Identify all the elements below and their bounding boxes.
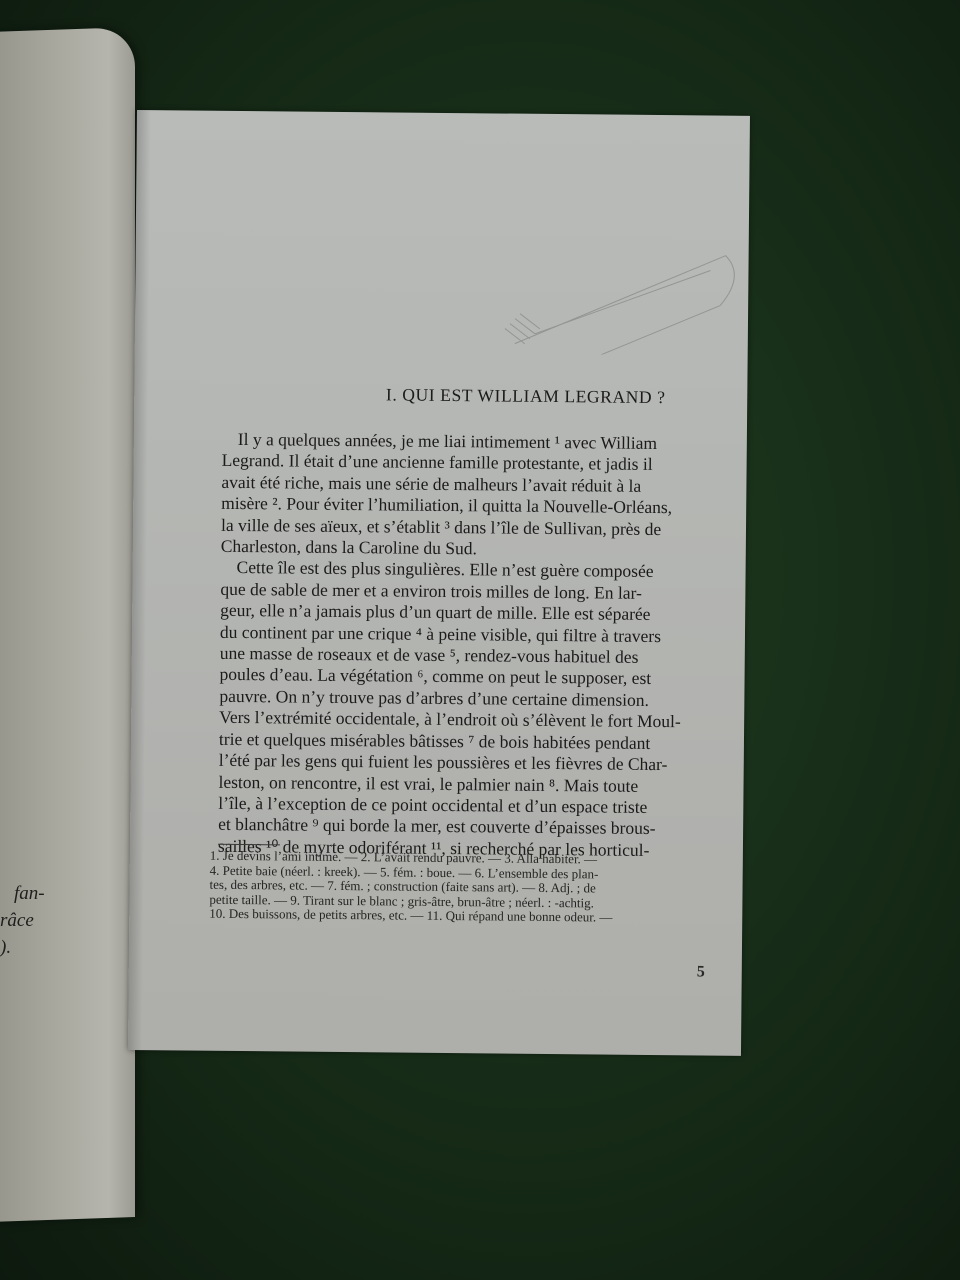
text-line-content: Charleston, dans la Caroline du Sud. [221,536,477,560]
footnote-text: 10. Des buissons, de petits arbres, etc.… [209,907,612,925]
chapter-title: I. QUI EST WILLIAM LEGRAND ? [134,382,747,409]
footnotes: 1. Je devins l’ami intime. — 2. L’avait … [209,849,715,927]
previous-page-fragment: ). [0,934,100,961]
previous-page-text: fan- râce ). [0,880,100,961]
previous-page-fragment: râce [0,907,100,934]
body-text: Il y a quelques années, je me liai intim… [218,429,719,862]
page-number: 5 [697,963,705,981]
book-page: I. QUI EST WILLIAM LEGRAND ? Il y a quel… [128,110,750,1056]
previous-page-fragment: fan- [0,880,100,907]
previous-page [0,27,135,1223]
pencil-sketch-icon [495,233,736,355]
